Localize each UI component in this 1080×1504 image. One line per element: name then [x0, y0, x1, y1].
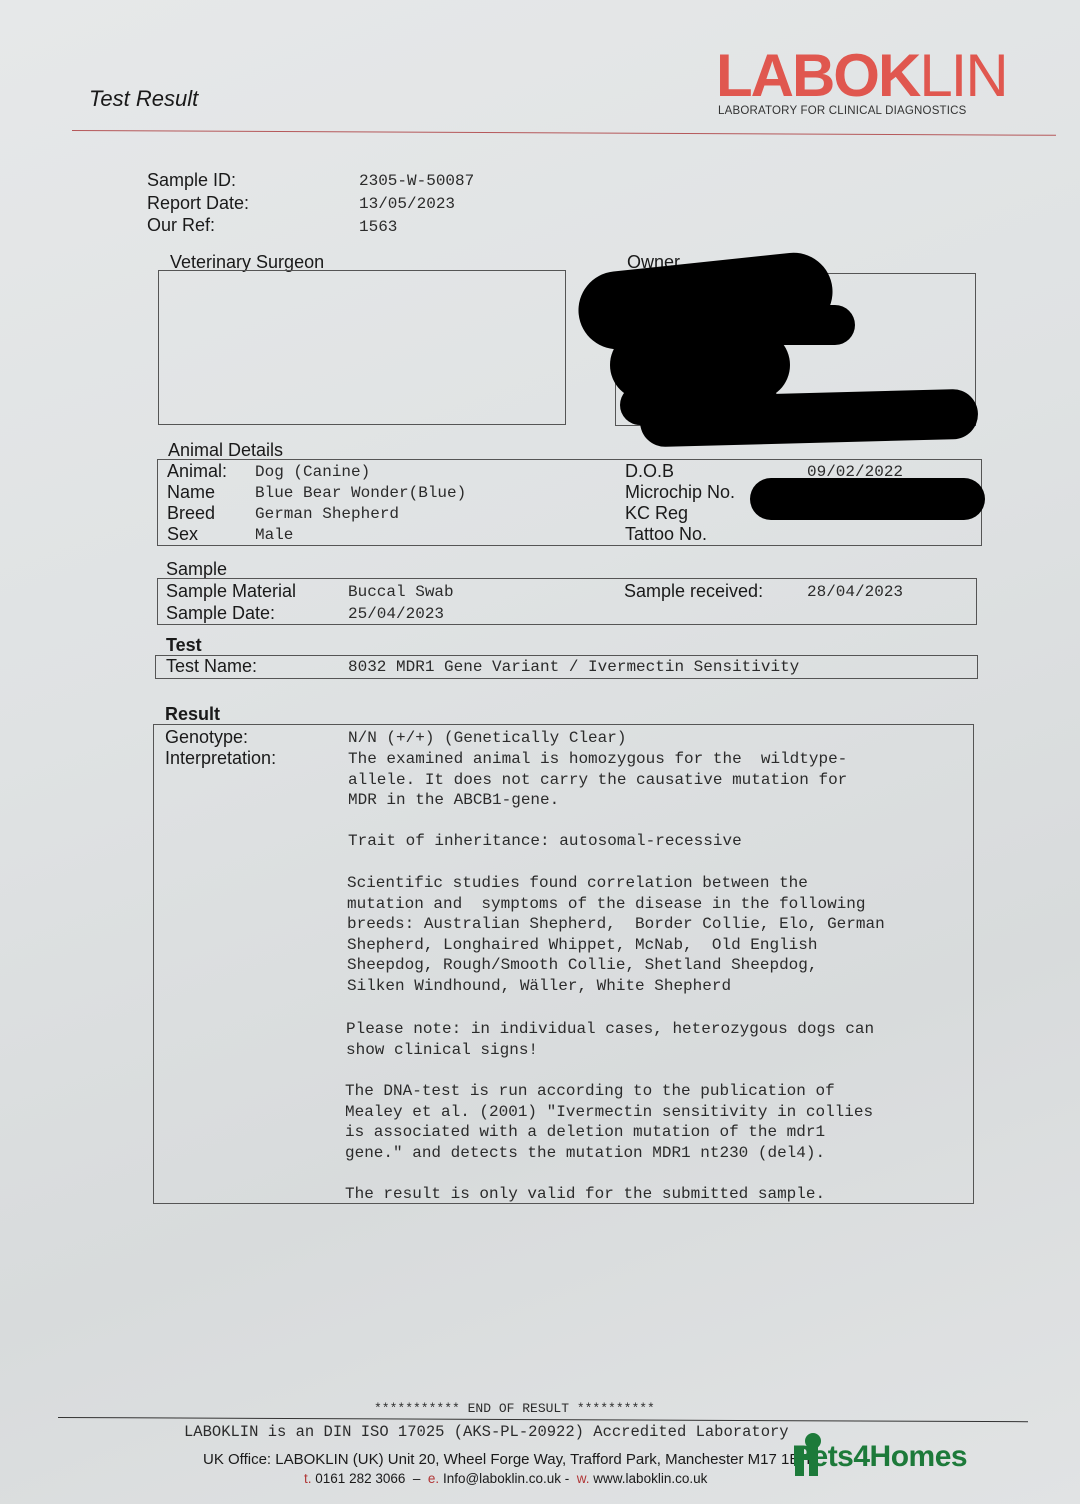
note-paragraph: Please note: in individual cases, hetero…: [346, 1019, 874, 1060]
kc-reg-label: KC Reg: [625, 503, 688, 524]
name-label: Name: [167, 482, 215, 503]
sample-id-value: 2305-W-50087: [359, 172, 474, 190]
animal-label: Animal:: [167, 461, 227, 482]
sex-label: Sex: [167, 524, 198, 545]
breeds-paragraph: Scientific studies found correlation bet…: [347, 873, 885, 997]
contact-line: t. 0161 282 3066 – e. Info@laboklin.co.u…: [304, 1471, 707, 1486]
web-link[interactable]: www.laboklin.co.uk: [593, 1471, 707, 1486]
separator: -: [565, 1471, 570, 1486]
tattoo-label: Tattoo No.: [625, 524, 707, 545]
sample-date-value: 25/04/2023: [348, 605, 444, 623]
end-of-result: *********** END OF RESULT **********: [374, 1401, 655, 1416]
email-link[interactable]: Info@laboklin.co.uk: [443, 1471, 561, 1486]
validity-paragraph: The result is only valid for the submitt…: [345, 1184, 825, 1205]
logo-thin: LIN: [919, 42, 1006, 109]
genotype-label: Genotype:: [165, 727, 248, 748]
sample-received-value: 28/04/2023: [807, 583, 903, 601]
phone-prefix: t.: [304, 1471, 312, 1486]
sample-title: Sample: [166, 559, 227, 580]
our-ref-value: 1563: [359, 218, 397, 236]
sex-value: Male: [255, 526, 293, 544]
animal-details-title: Animal Details: [168, 440, 283, 461]
document-page: Test Result LABOKLIN LABORATORY FOR CLIN…: [0, 0, 1080, 1504]
our-ref-label: Our Ref:: [147, 215, 215, 236]
test-name-label: Test Name:: [166, 656, 257, 677]
animal-value: Dog (Canine): [255, 463, 370, 481]
office-address: UK Office: LABOKLIN (UK) Unit 20, Wheel …: [203, 1451, 810, 1468]
interpretation-paragraph: The examined animal is homozygous for th…: [348, 749, 847, 811]
breed-label: Breed: [167, 503, 215, 524]
report-date-label: Report Date:: [147, 193, 249, 214]
logo-tagline: LABORATORY FOR CLINICAL DIAGNOSTICS: [718, 105, 967, 117]
report-date-value: 13/05/2023: [359, 195, 455, 213]
sample-material-label: Sample Material: [166, 581, 296, 602]
test-name-value: 8032 MDR1 Gene Variant / Ivermectin Sens…: [348, 658, 799, 676]
phone-value: 0161 282 3066: [315, 1471, 405, 1486]
redaction-mark: [750, 478, 985, 520]
breed-value: German Shepherd: [255, 505, 399, 523]
result-title: Result: [165, 704, 220, 725]
sample-date-label: Sample Date:: [166, 603, 275, 624]
test-title: Test: [166, 635, 202, 656]
web-prefix: w.: [577, 1471, 590, 1486]
sample-received-label: Sample received:: [624, 581, 763, 602]
document-title: Test Result: [89, 86, 198, 112]
genotype-value: N/N (+/+) (Genetically Clear): [348, 729, 626, 747]
accreditation-text: LABOKLIN is an DIN ISO 17025 (AKS-PL-209…: [184, 1423, 789, 1441]
publication-paragraph: The DNA-test is run according to the pub…: [345, 1081, 873, 1163]
pets4homes-watermark: Pets4Homes: [792, 1440, 967, 1474]
dob-label: D.O.B: [625, 461, 674, 482]
footer-divider: [58, 1417, 1028, 1422]
separator: –: [413, 1471, 421, 1486]
sample-id-label: Sample ID:: [147, 170, 236, 191]
header-divider: [72, 130, 1056, 136]
sample-material-value: Buccal Swab: [348, 583, 454, 601]
redaction-mark: [639, 389, 978, 448]
interpretation-label: Interpretation:: [165, 748, 276, 769]
laboklin-logo: LABOKLIN: [716, 46, 1007, 106]
microchip-label: Microchip No.: [625, 482, 735, 503]
name-value: Blue Bear Wonder(Blue): [255, 484, 466, 502]
inheritance-paragraph: Trait of inheritance: autosomal-recessiv…: [348, 831, 742, 852]
vet-box: [158, 270, 566, 425]
email-prefix: e.: [428, 1471, 439, 1486]
logo-bold: LABOK: [716, 42, 919, 109]
